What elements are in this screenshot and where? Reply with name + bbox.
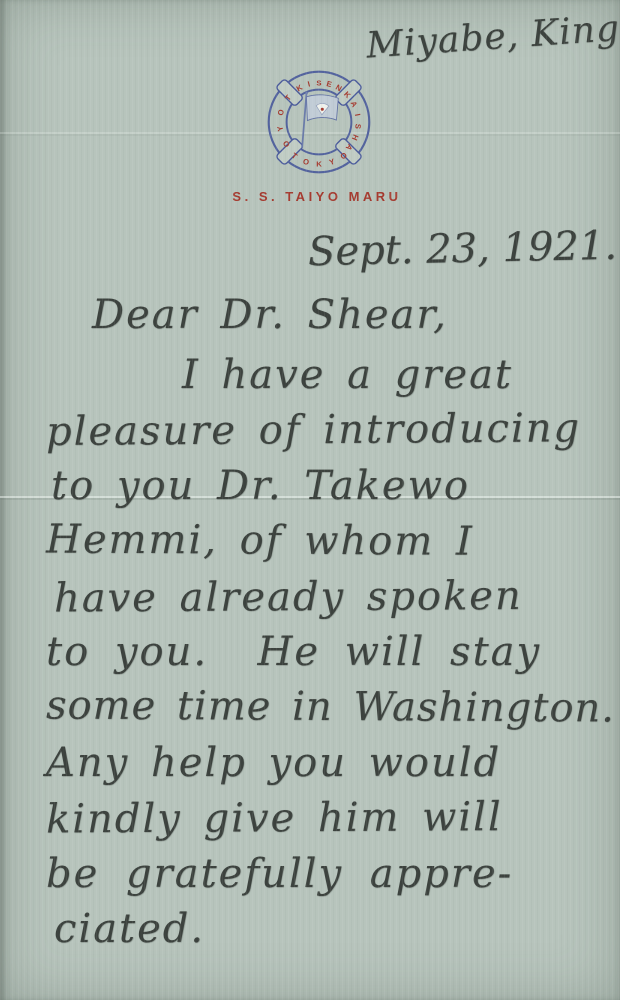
ring-letter: O [302, 157, 311, 167]
ring-letter: Y [328, 157, 336, 167]
ring-letter: S [353, 123, 363, 129]
handwriting-line: some time in Washington. [46, 679, 620, 737]
ring-letter: H [350, 133, 361, 142]
ring-letter: Y [275, 125, 285, 132]
handwriting-line: pleasure of introducing [46, 401, 620, 460]
letter-body: I have a great pleasure of introducing t… [46, 348, 620, 957]
ring-letter: K [316, 159, 322, 168]
handwriting-line: I have a great [182, 348, 620, 403]
handwriting-line: to you Dr. Takewo [51, 459, 620, 514]
tkk-lifebuoy-emblem-icon: KISENKAISHATOYOTOKYO [261, 64, 377, 180]
ship-name-letterhead: S. S. TAIYO MARU [0, 189, 620, 204]
ring-letter: A [349, 100, 360, 109]
handwriting-line: ciated. [54, 902, 620, 957]
handwriting-line: to you. He will stay [46, 625, 620, 680]
house-flag-icon [302, 92, 338, 148]
pencil-annotation-name: Miyabe, Kingo [365, 6, 620, 66]
ring-letter: O [276, 109, 286, 117]
date-line: Sept. 23, 1921. [308, 223, 618, 275]
salutation: Dear Dr. Shear, [92, 292, 448, 338]
ring-letter: S [316, 78, 321, 87]
handwriting-line: be gratefully appre- [46, 847, 620, 902]
ring-letter: I [353, 113, 362, 117]
letter-page: Miyabe, Kingo KISENKAISHATOYOTOKYO [0, 0, 620, 1000]
handwriting-line: have already spoken [54, 568, 620, 626]
handwriting-line: kindly give him will [46, 790, 620, 848]
handwriting-line: Hemmi, of whom I [46, 513, 620, 571]
ring-letter: E [325, 79, 332, 89]
ring-letter: I [307, 79, 311, 88]
handwriting-line: Any help you would [46, 736, 620, 791]
